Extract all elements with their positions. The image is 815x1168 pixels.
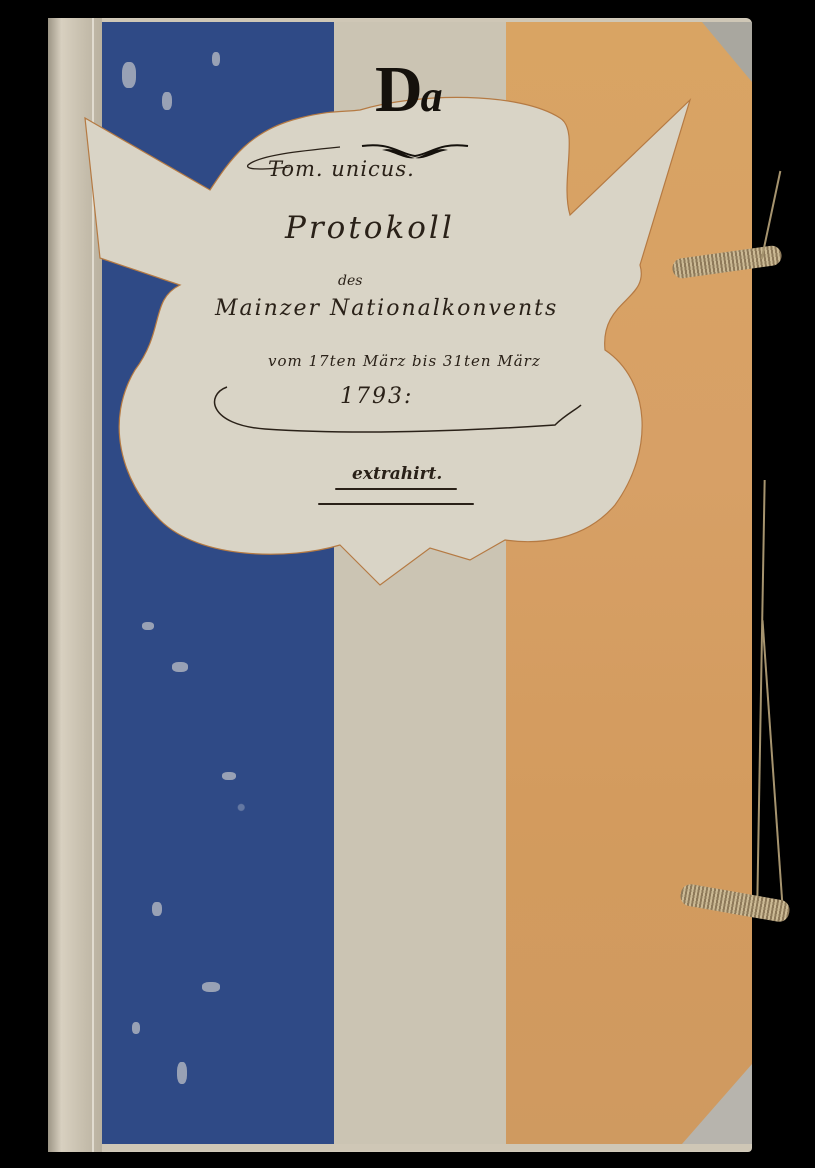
underline-2 bbox=[318, 503, 474, 505]
date-range: vom 17ten März bis 31ten März bbox=[268, 352, 541, 370]
underline-1 bbox=[335, 488, 457, 490]
extract-note: extrahirt. bbox=[352, 464, 442, 484]
year-flourish-icon bbox=[205, 385, 585, 445]
volume-line: Tom. unicus. bbox=[268, 157, 415, 181]
photo-background: Da Tom. unicus. Protokoll des Mainzer Na… bbox=[0, 0, 815, 1168]
shelf-mark-capital: D bbox=[375, 53, 421, 126]
issuing-body: Mainzer Nationalkonvents bbox=[215, 296, 558, 321]
article-line: des bbox=[338, 273, 362, 289]
shelf-mark: Da bbox=[375, 52, 443, 128]
shelf-mark-small: a bbox=[421, 72, 443, 121]
document-title: Protokoll bbox=[285, 210, 455, 246]
